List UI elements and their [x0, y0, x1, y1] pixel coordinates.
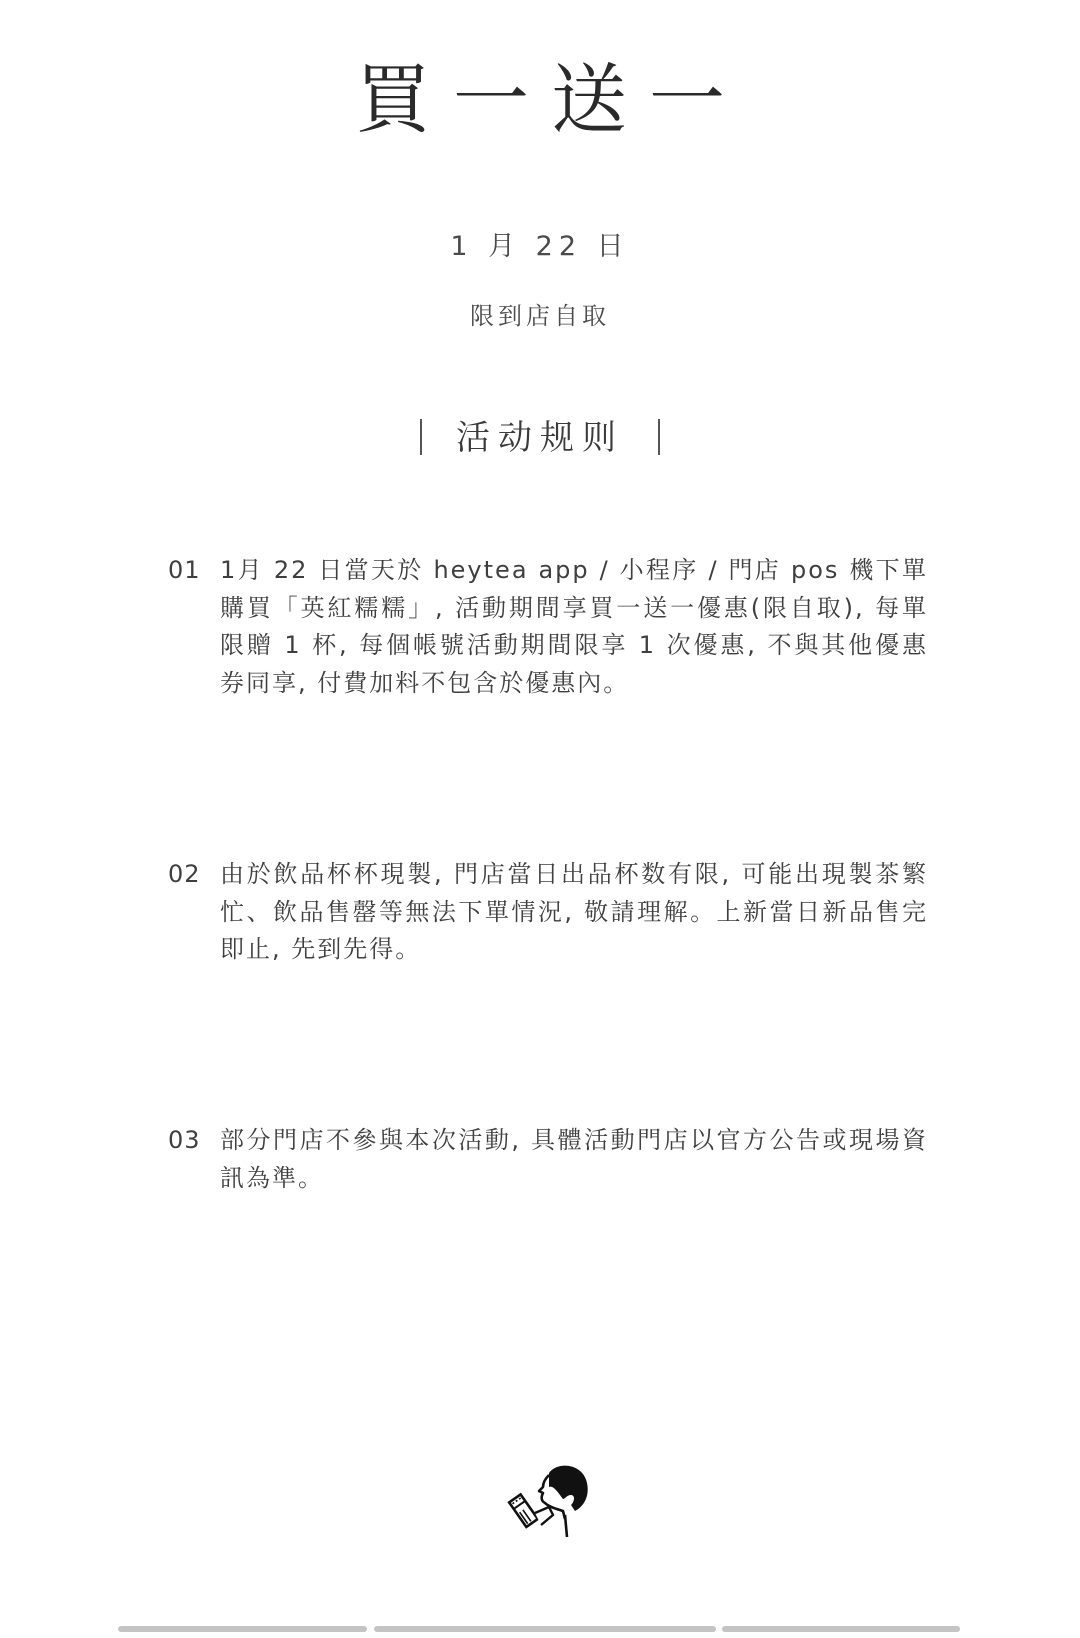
promo-date: 1 月 22 日: [0, 224, 1080, 263]
progress-segment-1: [118, 1626, 367, 1632]
progress-segment-3: [722, 1626, 960, 1632]
promo-title: 買一送一: [0, 62, 1080, 138]
person-drinking-icon: [505, 1455, 595, 1545]
rule-text: 1月 22 日當天於 heytea app / 小程序 / 門店 pos 機下單…: [220, 552, 928, 702]
rule-number: 01: [168, 552, 220, 702]
pickup-note: 限到店自取: [0, 296, 1080, 331]
rule-number: 02: [168, 856, 220, 969]
rule-item: 03 部分門店不參與本次活動, 具體活動門店以官方公告或現場資訊為準。: [168, 1122, 928, 1197]
progress-segment-2: [374, 1626, 716, 1632]
rule-text: 部分門店不參與本次活動, 具體活動門店以官方公告或現場資訊為準。: [220, 1122, 928, 1197]
rule-item: 02 由於飲品杯杯現製, 門店當日出品杯数有限, 可能出現製茶繁忙、飲品售罄等無…: [168, 856, 928, 969]
rules-heading: 活动规则: [0, 410, 1080, 459]
rule-number: 03: [168, 1122, 220, 1197]
rule-item: 01 1月 22 日當天於 heytea app / 小程序 / 門店 pos …: [168, 552, 928, 702]
rules-heading-label: 活动规则: [456, 418, 624, 458]
divider-left: [420, 419, 422, 455]
divider-right: [658, 419, 660, 455]
rule-text: 由於飲品杯杯現製, 門店當日出品杯数有限, 可能出現製茶繁忙、飲品售罄等無法下單…: [220, 856, 928, 969]
